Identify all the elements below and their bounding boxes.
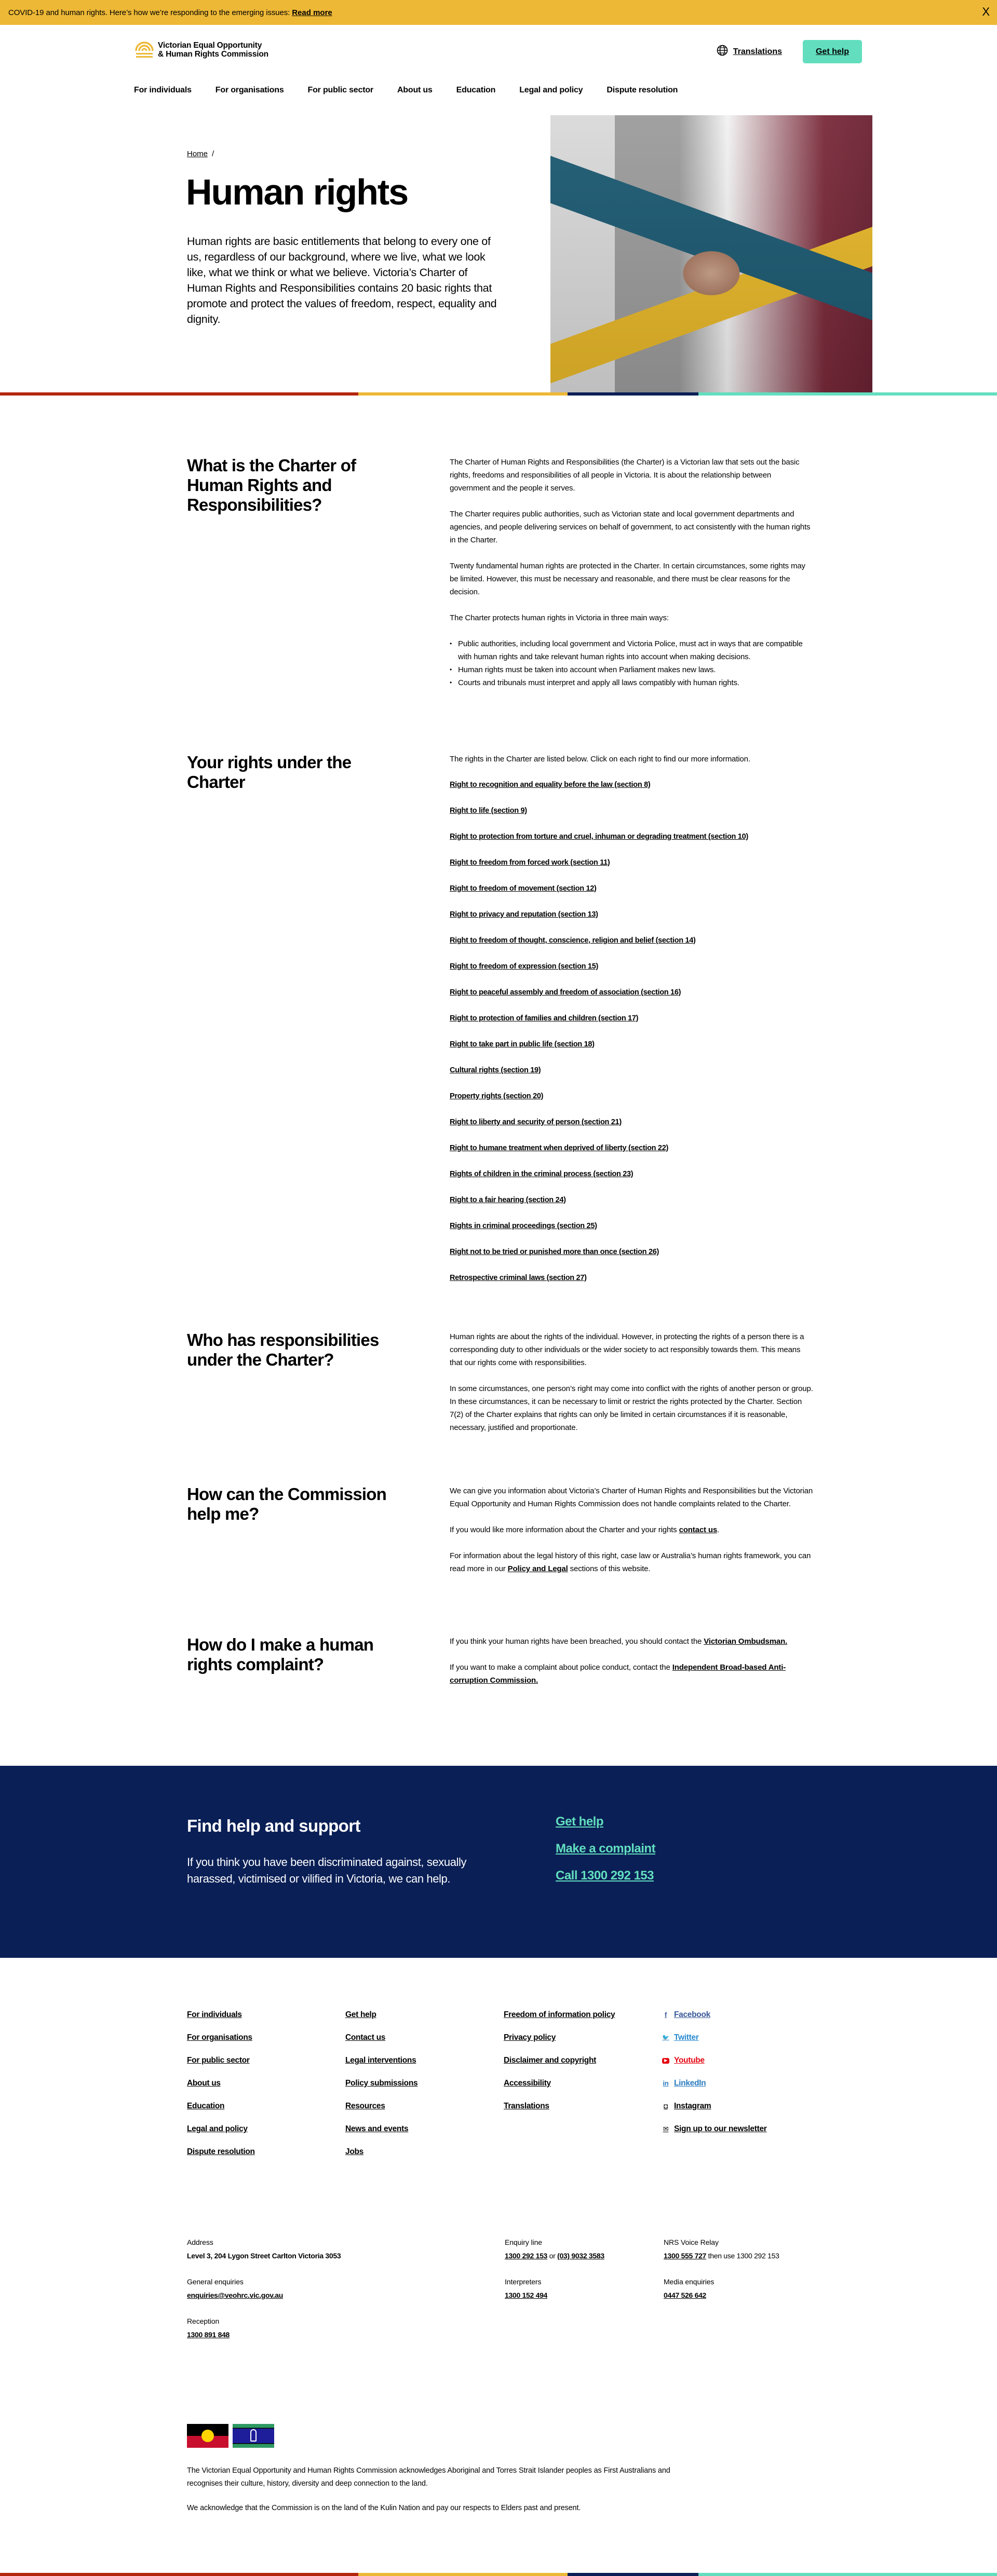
globe-icon [717, 45, 728, 59]
footer-link[interactable]: Contact us [345, 2033, 504, 2043]
reception-phone-link[interactable]: 1300 891 848 [187, 2330, 230, 2339]
hero-intro: Human rights are basic entitlements that… [187, 234, 498, 327]
logo-text: Victorian Equal Opportunity & Human Righ… [158, 41, 268, 59]
help-band-text: If you think you have been discriminated… [187, 1854, 498, 1887]
banner-message: COVID-19 and human rights. Here’s how we… [8, 8, 290, 17]
footer-link[interactable]: For individuals [187, 2010, 345, 2020]
section-heading: How can the Commission help me? [187, 1484, 405, 1524]
footer-link[interactable]: Resources [345, 2101, 504, 2111]
paragraph: The Victorian Equal Opportunity and Huma… [187, 2464, 675, 2490]
right-link[interactable]: Right to recognition and equality before… [450, 779, 813, 792]
footer-contacts: Address Level 3, 204 Lygon Street Carlto… [187, 2237, 810, 2372]
social-link-linkedin[interactable]: inLinkedIn [662, 2078, 820, 2089]
paragraph: We can give you information about Victor… [450, 1484, 813, 1510]
header-actions: Translations Get help [717, 40, 862, 63]
section-body: Human rights are about the rights of the… [450, 1330, 813, 1447]
help-band-title: Find help and support [187, 1816, 360, 1836]
social-link-twitter[interactable]: 🐦Twitter [662, 2033, 820, 2043]
right-link[interactable]: Retrospective criminal laws (section 27) [450, 1272, 813, 1285]
contact-enquiry-line: Enquiry line 1300 292 153 or (03) 9032 3… [505, 2237, 604, 2261]
section-body: If you think your human rights have been… [450, 1635, 813, 1700]
color-divider [0, 392, 997, 396]
policy-and-legal-link[interactable]: Policy and Legal [508, 1564, 568, 1573]
enquiry-alt-phone-link[interactable]: (03) 9032 3583 [557, 2252, 604, 2260]
footer-link[interactable]: About us [187, 2078, 345, 2089]
help-get-help-link[interactable]: Get help [556, 1814, 655, 1830]
help-band-links: Get help Make a complaint Call 1300 292 … [556, 1814, 655, 1884]
rights-list: The rights in the Charter are listed bel… [450, 753, 813, 1298]
section-heading: How do I make a human rights complaint? [187, 1635, 405, 1674]
banner-read-more-link[interactable]: Read more [292, 8, 332, 17]
right-link[interactable]: Rights of children in the criminal proce… [450, 1168, 813, 1181]
right-link[interactable]: Right to freedom from forced work (secti… [450, 856, 813, 869]
right-link[interactable]: Right to freedom of expression (section … [450, 960, 813, 973]
right-link[interactable]: Property rights (section 20) [450, 1090, 813, 1103]
facebook-icon: f [662, 2011, 669, 2019]
flags [187, 2424, 274, 2448]
paragraph: If you would like more information about… [450, 1523, 813, 1536]
paragraph: The Charter protects human rights in Vic… [450, 611, 813, 624]
right-link[interactable]: Right to protection of families and chil… [450, 1012, 813, 1025]
nrs-phone-link[interactable]: 1300 555 727 [664, 2252, 706, 2260]
footer-link[interactable]: Freedom of information policy [504, 2010, 662, 2020]
nav-for-individuals[interactable]: For individuals [134, 86, 192, 95]
right-link[interactable]: Cultural rights (section 19) [450, 1064, 813, 1077]
contact-us-link[interactable]: contact us [679, 1525, 718, 1534]
paragraph: The Charter requires public authorities,… [450, 508, 813, 547]
translations-label: Translations [733, 47, 782, 57]
list-item: Human rights must be taken into account … [450, 663, 813, 676]
footer-link[interactable]: For public sector [187, 2055, 345, 2066]
contact-interpreters: Interpreters 1300 152 494 [505, 2277, 547, 2300]
breadcrumb-separator: / [212, 149, 214, 158]
section-heading: Who has responsibilities under the Chart… [187, 1330, 405, 1370]
right-link[interactable]: Right to life (section 9) [450, 805, 813, 817]
help-make-complaint-link[interactable]: Make a complaint [556, 1841, 655, 1857]
social-link-sign[interactable]: ✉Sign up to our newsletter [662, 2124, 820, 2134]
nav-for-organisations[interactable]: For organisations [215, 86, 284, 95]
footer-col-policies: Freedom of information policyPrivacy pol… [504, 2010, 662, 2157]
paragraph: If you think your human rights have been… [450, 1635, 813, 1648]
envelope-icon: ✉ [662, 2125, 669, 2133]
rights-lead: The rights in the Charter are listed bel… [450, 753, 813, 766]
footer-link[interactable]: Education [187, 2101, 345, 2111]
right-link[interactable]: Right to protection from torture and cru… [450, 830, 813, 843]
footer-link[interactable]: News and events [345, 2124, 504, 2134]
footer-col-audiences: For individualsFor organisationsFor publ… [187, 2010, 345, 2157]
contact-media: Media enquiries 0447 526 642 [664, 2277, 714, 2300]
footer-link[interactable]: Policy submissions [345, 2078, 504, 2089]
section-body: The Charter of Human Rights and Responsi… [450, 456, 813, 689]
right-link[interactable]: Right to take part in public life (secti… [450, 1038, 813, 1051]
right-link[interactable]: Right to peaceful assembly and freedom o… [450, 986, 813, 999]
right-link[interactable]: Right to freedom of movement (section 12… [450, 882, 813, 895]
footer-link[interactable]: Get help [345, 2010, 504, 2020]
footer-link[interactable]: Translations [504, 2101, 662, 2111]
close-icon[interactable]: X [982, 6, 990, 18]
footer-col-social: fFacebook🐦Twitter▶YoutubeinLinkedIn◘Inst… [662, 2010, 820, 2157]
paragraph: Twenty fundamental human rights are prot… [450, 560, 813, 598]
social-link-label: Twitter [674, 2033, 699, 2043]
paragraph: The Charter of Human Rights and Responsi… [450, 456, 813, 495]
find-help-band: Find help and support If you think you h… [0, 1766, 997, 1958]
nav-education[interactable]: Education [456, 86, 496, 95]
site-logo[interactable]: Victorian Equal Opportunity & Human Righ… [135, 40, 268, 59]
list-item: Courts and tribunals must interpret and … [450, 676, 813, 689]
paragraph: If you want to make a complaint about po… [450, 1661, 813, 1687]
section-heading: Your rights under the Charter [187, 753, 405, 792]
social-link-label: Sign up to our newsletter [674, 2124, 767, 2134]
contact-address: Address Level 3, 204 Lygon Street Carlto… [187, 2237, 341, 2261]
instagram-icon: ◘ [662, 2103, 669, 2110]
breadcrumb: Home / [187, 149, 214, 158]
right-link[interactable]: Right to freedom of thought, conscience,… [450, 934, 813, 947]
right-link[interactable]: Right not to be tried or punished more t… [450, 1246, 813, 1259]
right-link[interactable]: Right to liberty and security of person … [450, 1116, 813, 1129]
covid-banner: COVID-19 and human rights. Here’s how we… [0, 0, 997, 25]
footer-link[interactable]: Accessibility [504, 2078, 662, 2089]
interpreters-phone-link[interactable]: 1300 152 494 [505, 2291, 547, 2299]
footer-link[interactable]: Disclaimer and copyright [504, 2055, 662, 2066]
hero-image [550, 115, 872, 392]
help-call-link[interactable]: Call 1300 292 153 [556, 1868, 655, 1884]
twitter-icon: 🐦 [662, 2034, 669, 2041]
social-link-label: Youtube [674, 2055, 705, 2066]
social-link-label: Instagram [674, 2101, 711, 2111]
charter-ways-list: Public authorities, including local gove… [450, 637, 813, 689]
footer-link[interactable]: For organisations [187, 2033, 345, 2043]
social-link-instagram[interactable]: ◘Instagram [662, 2101, 820, 2111]
section-body: We can give you information about Victor… [450, 1484, 813, 1588]
nav-for-public-sector[interactable]: For public sector [308, 86, 373, 95]
social-link-facebook[interactable]: fFacebook [662, 2010, 820, 2020]
list-item: Public authorities, including local gove… [450, 637, 813, 663]
aboriginal-flag-icon [187, 2424, 228, 2448]
page-title: Human rights [186, 170, 408, 214]
logo-rainbow-icon [135, 40, 154, 59]
acknowledgement-of-country: The Victorian Equal Opportunity and Huma… [187, 2464, 675, 2526]
main-navigation: For individuals For organisations For pu… [134, 86, 678, 95]
right-link[interactable]: Right to humane treatment when deprived … [450, 1142, 813, 1155]
nav-legal-and-policy[interactable]: Legal and policy [519, 86, 583, 95]
paragraph: For information about the legal history … [450, 1549, 813, 1575]
contact-general: General enquiries enquiries@veohrc.vic.g… [187, 2277, 283, 2300]
torres-strait-islander-flag-icon [233, 2424, 274, 2448]
linkedin-icon: in [662, 2080, 669, 2087]
enquiry-phone-link[interactable]: 1300 292 153 [505, 2252, 547, 2260]
email-link[interactable]: enquiries@veohrc.vic.gov.au [187, 2291, 283, 2299]
victorian-ombudsman-link[interactable]: Victorian Ombudsman. [704, 1637, 787, 1646]
contact-reception: Reception 1300 891 848 [187, 2316, 230, 2340]
right-link[interactable]: Right to a fair hearing (section 24) [450, 1194, 813, 1207]
footer-link[interactable]: Legal interventions [345, 2055, 504, 2066]
nav-about-us[interactable]: About us [397, 86, 433, 95]
paragraph: Human rights are about the rights of the… [450, 1330, 813, 1369]
footer-link[interactable]: Dispute resolution [187, 2147, 345, 2157]
section-heading: What is the Charter of Human Rights and … [187, 456, 405, 515]
social-link-label: LinkedIn [674, 2078, 706, 2089]
paragraph: In some circumstances, one person’s righ… [450, 1382, 813, 1434]
youtube-icon: ▶ [662, 2058, 669, 2064]
get-help-button[interactable]: Get help [803, 40, 862, 63]
contact-nrs: NRS Voice Relay 1300 555 727 then use 13… [664, 2237, 779, 2261]
footer-link[interactable]: Privacy policy [504, 2033, 662, 2043]
media-phone-link[interactable]: 0447 526 642 [664, 2291, 706, 2299]
paragraph: We acknowledge that the Commission is on… [187, 2502, 675, 2515]
right-link[interactable]: Right to privacy and reputation (section… [450, 908, 813, 921]
footer-link[interactable]: Legal and policy [187, 2124, 345, 2134]
footer-color-divider [0, 2573, 997, 2576]
footer-links: For individualsFor organisationsFor publ… [187, 2010, 820, 2157]
right-link[interactable]: Rights in criminal proceedings (section … [450, 1220, 813, 1233]
nav-dispute-resolution[interactable]: Dispute resolution [607, 86, 678, 95]
footer-link[interactable]: Jobs [345, 2147, 504, 2157]
footer-col-services: Get helpContact usLegal interventionsPol… [345, 2010, 504, 2157]
social-link-youtube[interactable]: ▶Youtube [662, 2055, 820, 2066]
social-link-label: Facebook [674, 2010, 710, 2020]
breadcrumb-home[interactable]: Home [187, 149, 208, 158]
translations-link[interactable]: Translations [717, 45, 782, 59]
